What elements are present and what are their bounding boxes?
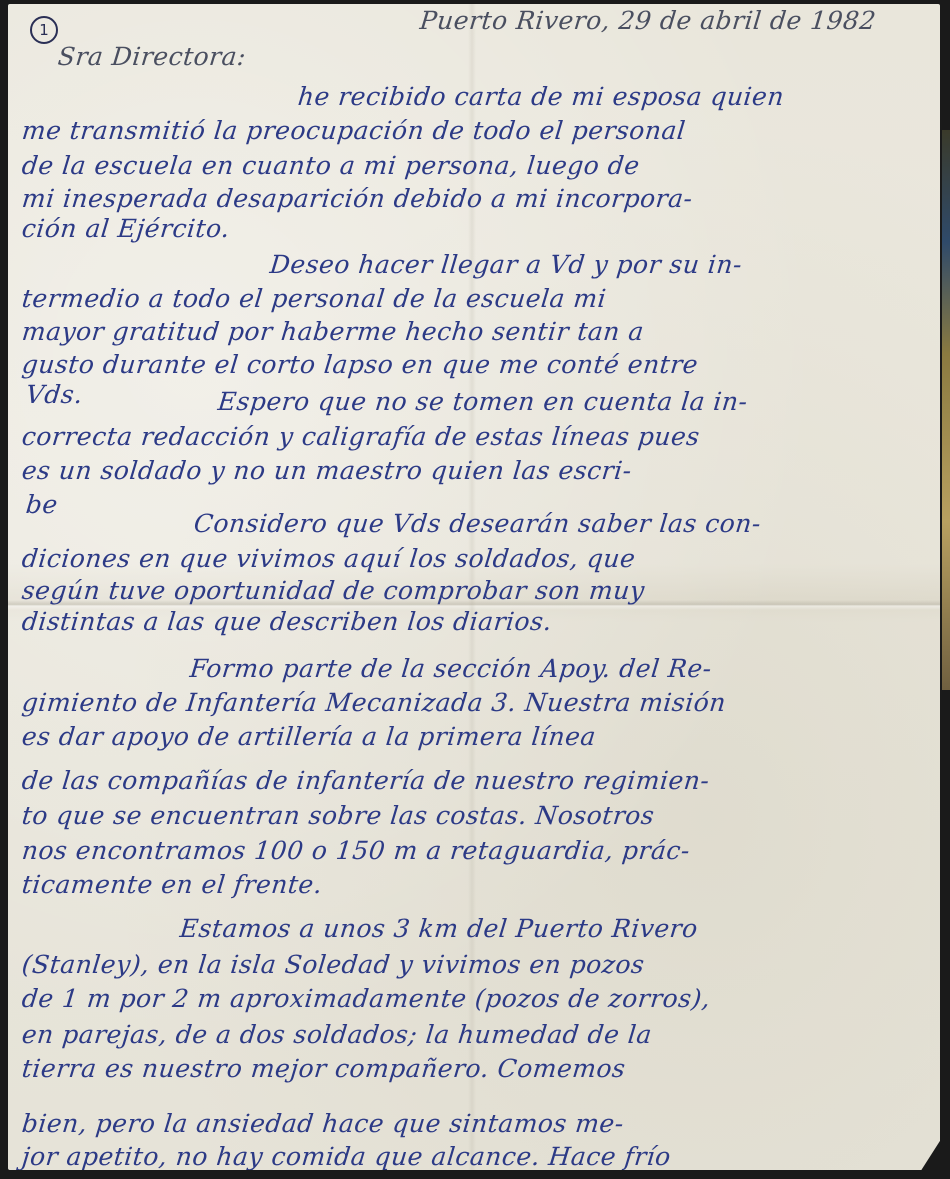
letter-line: correcta redacción y caligrafía de estas…	[20, 422, 701, 451]
letter-line: bien, pero la ansiedad hace que sintamos…	[20, 1109, 625, 1138]
letter-line: en parejas, de a dos soldados; la humeda…	[20, 1020, 653, 1049]
letter-line: to que se encuentran sobre las costas. N…	[20, 801, 655, 830]
letter-line: gusto durante el corto lapso en que me c…	[20, 350, 699, 379]
place-date: Puerto Rivero, 29 de abril de 1982	[418, 6, 877, 35]
letter-line: he recibido carta de mi esposa quien	[296, 82, 785, 111]
letter-page: 1 Puerto Rivero, 29 de abril de 1982 Sra…	[8, 4, 940, 1170]
letter-line: jor apetito, no hay comida que alcance. …	[20, 1142, 672, 1171]
letter-line: tierra es nuestro mejor compañero. Comem…	[20, 1054, 627, 1083]
letter-line: mayor gratitud por haberme hecho sentir …	[20, 317, 645, 346]
page-number-circle: 1	[30, 16, 58, 44]
letter-line: es dar apoyo de artillería a la primera …	[20, 722, 597, 751]
letter-line: mi inesperada desaparición debido a mi i…	[20, 184, 694, 213]
letter-line: de las compañías de infantería de nuestr…	[20, 766, 711, 795]
letter-line: Formo parte de la sección Apoy. del Re-	[188, 654, 713, 683]
letter-line: nos encontramos 100 o 150 m a retaguardi…	[20, 836, 691, 865]
letter-line: diciones en que vivimos aquí los soldado…	[20, 544, 636, 573]
letter-line: distintas a las que describen los diario…	[20, 607, 553, 636]
letter-line: ticamente en el frente.	[20, 870, 323, 899]
letter-line: Deseo hacer llegar a Vd y por su in-	[268, 250, 743, 279]
letter-line: gimiento de Infantería Mecanizada 3. Nue…	[20, 688, 727, 717]
background-edge-strip	[942, 130, 950, 690]
letter-line: Considero que Vds desearán saber las con…	[192, 509, 762, 538]
letter-line: de la escuela en cuanto a mi persona, lu…	[20, 151, 641, 180]
salutation: Sra Directora:	[56, 42, 247, 71]
letter-line: ción al Ejército.	[20, 214, 231, 243]
letter-line: de 1 m por 2 m aproximadamente (pozos de…	[20, 984, 711, 1013]
letter-line: be	[24, 490, 59, 519]
letter-line: Vds.	[24, 380, 84, 409]
letter-line: es un soldado y no un maestro quien las …	[20, 456, 633, 485]
letter-line: según tuve oportunidad de comprobar son …	[20, 576, 646, 605]
letter-line: me transmitió la preocupación de todo el…	[20, 116, 687, 145]
letter-line: Estamos a unos 3 km del Puerto Rivero	[178, 914, 699, 943]
letter-line: (Stanley), en la isla Soledad y vivimos …	[20, 950, 646, 979]
letter-line: termedio a todo el personal de la escuel…	[20, 284, 607, 313]
letter-line: Espero que no se tomen en cuenta la in-	[216, 387, 749, 416]
